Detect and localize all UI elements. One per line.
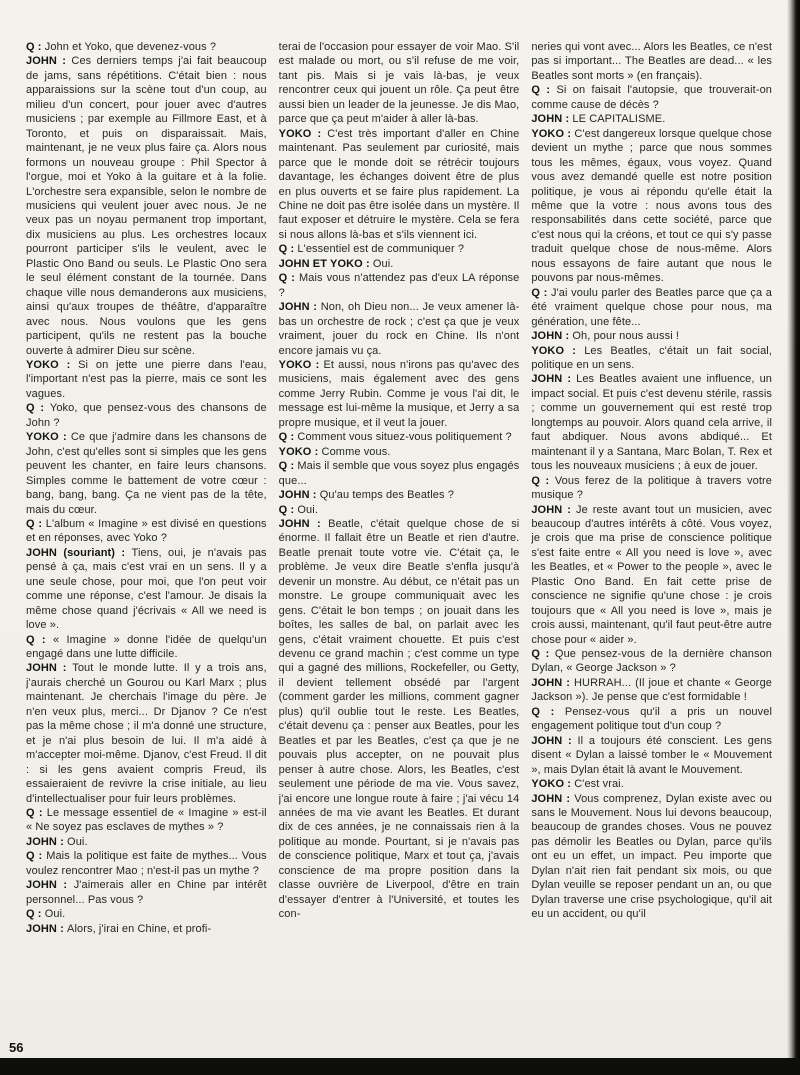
- paragraph: Q : Mais vous n'attendez pas d'eux LA ré…: [279, 271, 520, 300]
- paragraph: YOKO : Si on jette une pierre dans l'eau…: [26, 358, 267, 401]
- paragraph: Q : J'ai voulu parler des Beatles parce …: [531, 286, 772, 329]
- speaker-label: JOHN ET YOKO :: [279, 258, 373, 270]
- paragraph: JOHN : Tout le monde lutte. Il y a trois…: [26, 661, 267, 806]
- speaker-label: Q :: [26, 518, 46, 530]
- text-column-1: Q : John et Yoko, que devenez-vous ?JOHN…: [26, 40, 267, 1035]
- paragraph: YOKO : Comme vous.: [279, 445, 520, 459]
- paragraph: Q : Yoko, que pensez-vous des chansons d…: [26, 401, 267, 430]
- paragraph: Q : Que pensez-vous de la dernière chans…: [531, 647, 772, 676]
- paragraph: Q : L'album « Imagine » est divisé en qu…: [26, 517, 267, 546]
- paragraph: YOKO : Les Beatles, c'était un fait soci…: [531, 344, 772, 373]
- speaker-label: JOHN :: [26, 836, 67, 848]
- paragraph: Q : Pensez-vous qu'il a pris un nouvel e…: [531, 705, 772, 734]
- paragraph: YOKO : C'est très important d'aller en C…: [279, 127, 520, 243]
- speaker-label: Q :: [26, 402, 50, 414]
- paragraph: YOKO : Et aussi, nous n'irons pas qu'ave…: [279, 358, 520, 430]
- speaker-label: Q :: [531, 648, 555, 660]
- speaker-label: JOHN :: [531, 793, 574, 805]
- paragraph: JOHN : HURRAH... (Il joue et chante « Ge…: [531, 676, 772, 705]
- paragraph: terai de l'occasion pour essayer de voir…: [279, 40, 520, 127]
- paragraph: JOHN (souriant) : Tiens, oui, je n'avais…: [26, 546, 267, 633]
- paragraph: Q : Comment vous situez-vous politiqueme…: [279, 430, 520, 444]
- speaker-label: YOKO :: [279, 128, 328, 140]
- speaker-label: JOHN :: [531, 113, 572, 125]
- paragraph: Q : Mais il semble que vous soyez plus e…: [279, 459, 520, 488]
- paragraph: Q : L'essentiel est de communiquer ?: [279, 242, 520, 256]
- page-bottom-edge: [0, 1058, 800, 1075]
- paragraph: Q : Si on faisait l'autopsie, que trouve…: [531, 83, 772, 112]
- speaker-label: Q :: [26, 908, 45, 920]
- paragraph: JOHN ET YOKO : Oui.: [279, 257, 520, 271]
- paragraph: Q : Le message essentiel de « Imagine » …: [26, 806, 267, 835]
- speaker-label: JOHN :: [26, 923, 67, 935]
- paragraph: JOHN : Oui.: [26, 835, 267, 849]
- text-column-3: neries qui vont avec... Alors les Beatle…: [531, 40, 772, 1035]
- magazine-page: Q : John et Yoko, que devenez-vous ?JOHN…: [0, 0, 800, 1075]
- paragraph: YOKO : C'est vrai.: [531, 777, 772, 791]
- paragraph: JOHN : Oh, pour nous aussi !: [531, 329, 772, 343]
- paragraph: Q : John et Yoko, que devenez-vous ?: [26, 40, 267, 54]
- speaker-label: JOHN :: [531, 373, 576, 385]
- speaker-label: Q :: [531, 706, 565, 718]
- paragraph: Q : « Imagine » donne l'idée de quelqu'u…: [26, 633, 267, 662]
- paragraph: YOKO : Ce que j'admire dans les chansons…: [26, 430, 267, 517]
- speaker-label: YOKO :: [279, 359, 324, 371]
- paragraph: neries qui vont avec... Alors les Beatle…: [531, 40, 772, 83]
- speaker-label: JOHN :: [531, 504, 576, 516]
- speaker-label: YOKO :: [26, 359, 78, 371]
- speaker-label: Q :: [26, 850, 46, 862]
- speaker-label: Q :: [26, 807, 47, 819]
- speaker-label: JOHN (souriant) :: [26, 547, 132, 559]
- speaker-label: JOHN :: [279, 518, 328, 530]
- text-column-2: terai de l'occasion pour essayer de voir…: [279, 40, 520, 1035]
- speaker-label: Q :: [531, 287, 551, 299]
- speaker-label: JOHN :: [26, 662, 72, 674]
- page-number: 56: [9, 1040, 23, 1055]
- speaker-label: JOHN :: [279, 489, 320, 501]
- paragraph: Q : Oui.: [26, 907, 267, 921]
- speaker-label: Q :: [26, 634, 53, 646]
- paragraph: JOHN : Il a toujours été conscient. Les …: [531, 734, 772, 777]
- speaker-label: Q :: [279, 243, 298, 255]
- speaker-label: Q :: [279, 431, 298, 443]
- speaker-label: YOKO :: [26, 431, 71, 443]
- paragraph: JOHN : Je reste avant tout un musicien, …: [531, 503, 772, 648]
- paragraph: Q : Vous ferez de la politique à travers…: [531, 474, 772, 503]
- paragraph: JOHN : Les Beatles avaient une influence…: [531, 372, 772, 473]
- speaker-label: Q :: [26, 41, 45, 53]
- speaker-label: YOKO :: [531, 128, 574, 140]
- speaker-label: JOHN :: [531, 735, 577, 747]
- speaker-label: JOHN :: [26, 55, 71, 67]
- speaker-label: YOKO :: [531, 345, 584, 357]
- speaker-label: JOHN :: [531, 677, 574, 689]
- paragraph: YOKO : C'est dangereux lorsque quelque c…: [531, 127, 772, 286]
- speaker-label: Q :: [531, 84, 556, 96]
- page-edge-shadow: [787, 0, 800, 1075]
- speaker-label: Q :: [279, 460, 298, 472]
- paragraph: JOHN : Alors, j'irai en Chine, et profi-: [26, 922, 267, 936]
- speaker-label: Q :: [279, 272, 299, 284]
- paragraph: Q : Mais la politique est faite de mythe…: [26, 849, 267, 878]
- paragraph: JOHN : Non, oh Dieu non... Je veux amene…: [279, 300, 520, 358]
- speaker-label: YOKO :: [531, 778, 574, 790]
- paragraph: Q : Oui.: [279, 503, 520, 517]
- speaker-label: YOKO :: [279, 446, 322, 458]
- speaker-label: JOHN :: [531, 330, 572, 342]
- paragraph: JOHN : Ces derniers temps j'ai fait beau…: [26, 54, 267, 358]
- paragraph: JOHN : J'aimerais aller en Chine par int…: [26, 878, 267, 907]
- speaker-label: Q :: [531, 475, 555, 487]
- paragraph: JOHN : LE CAPITALISME.: [531, 112, 772, 126]
- speaker-label: JOHN :: [26, 879, 74, 891]
- paragraph: JOHN : Qu'au temps des Beatles ?: [279, 488, 520, 502]
- speaker-label: JOHN :: [279, 301, 321, 313]
- paragraph: JOHN : Vous comprenez, Dylan existe avec…: [531, 792, 772, 922]
- speaker-label: Q :: [279, 504, 298, 516]
- paragraph: JOHN : Beatle, c'était quelque chose de …: [279, 517, 520, 922]
- article-columns: Q : John et Yoko, que devenez-vous ?JOHN…: [26, 40, 772, 1035]
